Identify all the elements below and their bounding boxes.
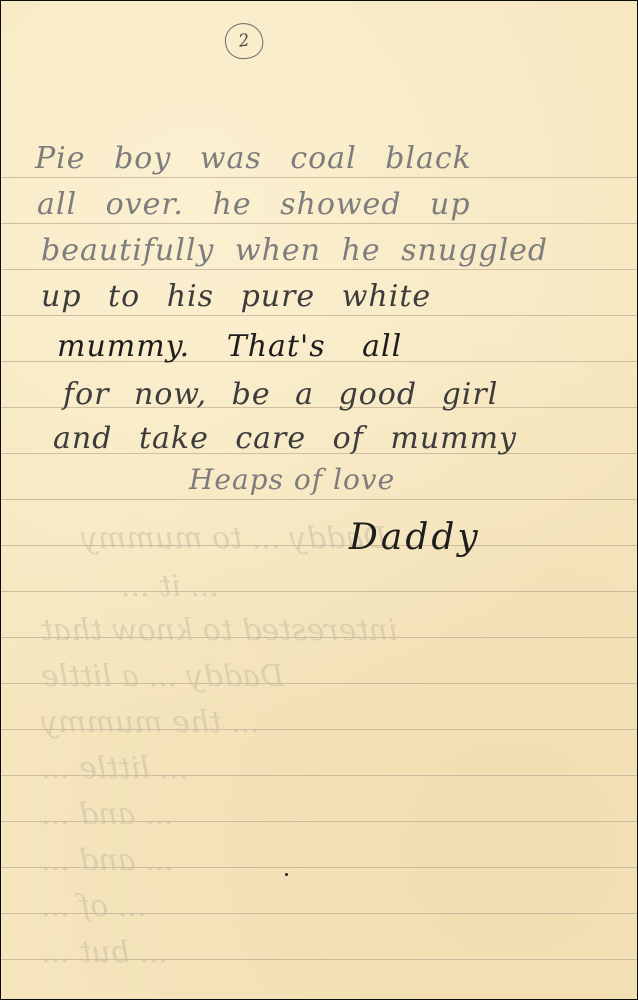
closing: Heaps of love — [189, 463, 395, 496]
letter-line: and take care of mummy — [53, 421, 517, 456]
show-through-line: interested to know that — [41, 613, 398, 648]
show-through-line: Daddy ... to mummy — [81, 521, 387, 556]
signature: Daddy — [349, 517, 481, 558]
ruled-line — [1, 315, 637, 316]
show-through-line: ... little ... — [41, 751, 188, 786]
show-through-line: ... it ... — [121, 569, 219, 604]
ruled-line — [1, 177, 637, 178]
ink-dot — [285, 873, 288, 876]
ruled-line — [1, 499, 637, 500]
letter-page: 2 Daddy ... to mummy ... it ... interest… — [1, 1, 637, 999]
letter-line: for now, be a good girl — [63, 377, 498, 412]
ruled-line — [1, 269, 637, 270]
letter-line: mummy. That's all — [57, 329, 402, 364]
page-number: 2 — [223, 21, 266, 62]
ruled-line — [1, 591, 637, 592]
show-through-line: ... but ... — [41, 935, 168, 970]
show-through-line: ... the mummy — [41, 705, 259, 740]
ruled-line — [1, 223, 637, 224]
show-through-line: ... and ... — [41, 797, 174, 832]
show-through-line: ... and ... — [41, 843, 174, 878]
letter-line: up to his pure white — [41, 279, 431, 314]
show-through-line: ... of ... — [41, 889, 146, 924]
letter-line: Pie boy was coal black — [35, 141, 472, 176]
letter-line: all over. he showed up — [37, 187, 471, 222]
letter-line: beautifully when he snuggled — [41, 233, 548, 268]
show-through-line: Daddy ... a little — [41, 659, 284, 694]
